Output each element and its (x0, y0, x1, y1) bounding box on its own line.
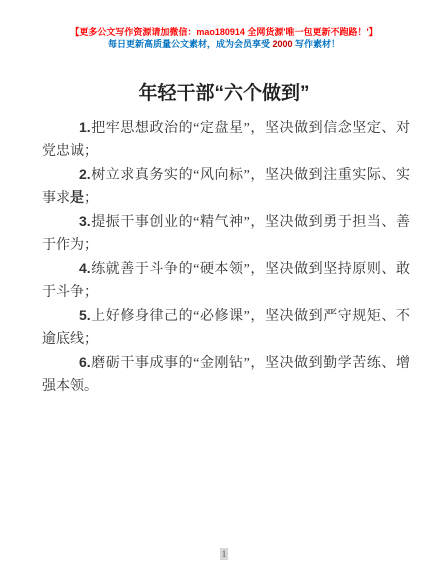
document-body: 1.把牢思想政治的“定盘星”，坚决做到信念坚定、对党忠诚； 2.树立求真务实的“… (42, 116, 410, 398)
page-number: 1 (220, 548, 229, 560)
promo-line-2: 每日更新高质量公文素材，成为会员享受 2000 写作素材！ (0, 38, 448, 50)
document-title: 年轻干部“六个做到” (0, 83, 448, 105)
item-number: 6. (79, 354, 91, 370)
list-item: 4.练就善于斗争的“硬本领”，坚决做到坚持原则、敢于斗争； (42, 257, 410, 304)
list-item: 1.把牢思想政治的“定盘星”，坚决做到信念坚定、对党忠诚； (42, 116, 410, 163)
item-number: 1. (79, 119, 91, 135)
list-item: 3.提振干事创业的“精气神”，坚决做到勇于担当、善于作为； (42, 210, 410, 257)
list-item: 2.树立求真务实的“风向标”，坚决做到注重实际、实事求是； (42, 163, 410, 210)
promo-line-2-prefix: 每日更新高质量公文素材，成为会员享受 (108, 39, 273, 49)
list-item: 5.上好修身律己的“必修课”，坚决做到严守规矩、不逾底线； (42, 304, 410, 351)
item-text: 提振干事创业的“精气神”，坚决做到勇于担当、善于作为； (42, 215, 410, 253)
promo-line-2-suffix: 写作素材！ (293, 39, 341, 49)
item-text: 把牢思想政治的“定盘星”，坚决做到信念坚定、对党忠诚； (42, 121, 410, 159)
item-tail-text: ； (84, 191, 98, 206)
list-item: 6.磨砺干事成事的“金刚钻”，坚决做到勤学苦练、增强本领。 (42, 351, 410, 398)
item-text: 上好修身律己的“必修课”，坚决做到严守规矩、不逾底线； (42, 309, 410, 347)
item-text: 练就善于斗争的“硬本领”，坚决做到坚持原则、敢于斗争； (42, 262, 410, 300)
item-number: 2. (79, 166, 91, 182)
promo-banner: 【更多公文写作资源请加微信：mao180914 全网货源'唯一包更新不跑路！'】… (0, 0, 448, 50)
item-number: 5. (79, 307, 91, 323)
item-bold-text: 是 (70, 191, 84, 206)
item-number: 4. (79, 260, 91, 276)
promo-line-2-number: 2000 (272, 39, 292, 49)
document-page: 【更多公文写作资源请加微信：mao180914 全网货源'唯一包更新不跑路！'】… (0, 0, 448, 580)
page-footer: 1 (0, 544, 448, 562)
item-number: 3. (79, 213, 91, 229)
item-text: 磨砺干事成事的“金刚钻”，坚决做到勤学苦练、增强本领。 (42, 356, 410, 394)
promo-line-1: 【更多公文写作资源请加微信：mao180914 全网货源'唯一包更新不跑路！'】 (0, 26, 448, 38)
